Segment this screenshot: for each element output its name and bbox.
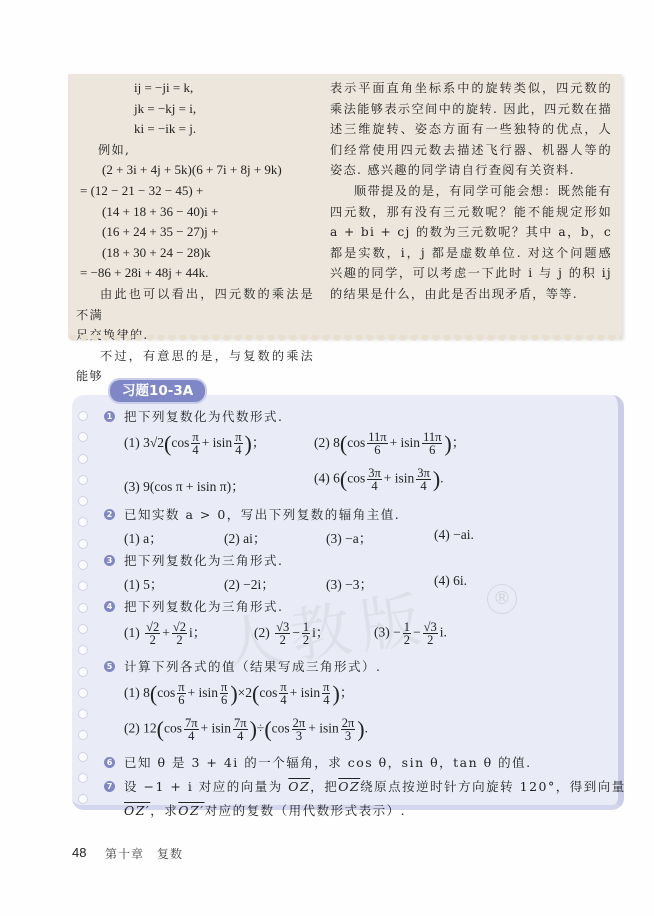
vector-oz-prime: OZ′ (124, 803, 150, 818)
item: (1) a； (124, 527, 163, 547)
item: (2) 12(cos7π4+ isin7π4)÷(cos2π3+ isin2π3… (124, 717, 368, 742)
page-footer: 48 第十章 复数 (72, 845, 86, 860)
ring-icon (78, 624, 88, 634)
item-label: (1) (124, 625, 140, 640)
ring-icon (78, 539, 88, 549)
denominator: 6 (422, 444, 442, 456)
vector-oz: OZ (288, 779, 310, 794)
question-text: 把下列复数化为三角形式. (124, 595, 283, 619)
question-number-badge: 1 (104, 411, 115, 422)
question-number-badge: 7 (104, 781, 115, 792)
item-label: (1) (124, 435, 140, 450)
coef: 12 (143, 721, 157, 736)
question-text: 计算下列各式的值（结果写成三角形式）. (124, 655, 381, 679)
denominator: 3 (292, 730, 307, 742)
item-expr: 9(cos π + isin π)； (143, 479, 245, 494)
question-number-badge: 5 (104, 661, 115, 672)
example-line: = (12 − 21 − 32 − 45) + (76, 181, 314, 202)
question-text: 已知 θ 是 3 + 4i 的一个辐角，求 cos θ，sin θ，tan θ … (124, 751, 532, 775)
denominator: 4 (234, 444, 242, 456)
ring-icon (78, 475, 88, 485)
identity-line: jk = −kj = i, (76, 99, 314, 120)
exercise-content: 1 把下列复数化为代数形式. (1) 3√2(cosπ4+ isinπ4)； (… (104, 405, 614, 823)
operator: − (393, 625, 401, 640)
item: (4) −ai. (434, 527, 474, 543)
denominator: 4 (233, 730, 248, 742)
example-line: = −86 + 28i + 48j + 44k. (76, 263, 314, 284)
page-number: 48 (72, 845, 86, 860)
question-items-row: (1) 8(cosπ6+ isinπ6)×2(cosπ4+ isinπ4)； (104, 679, 614, 715)
operator: − (292, 625, 300, 640)
question-4: 4 把下列复数化为三角形式. (104, 595, 614, 619)
item: (2) ai； (224, 527, 266, 547)
example-line: (14 + 18 + 36 − 40)i + (76, 202, 314, 223)
item: (3) −a； (326, 527, 372, 547)
question-number-badge: 3 (104, 555, 115, 566)
chapter-title: 第十章 复数 (105, 845, 183, 862)
item: (2) √32−12i； (254, 621, 329, 646)
ring-icon (78, 773, 88, 783)
operator: − (413, 625, 421, 640)
denominator: 3 (341, 730, 356, 742)
question-items-row: (3) 9(cos π + isin π)； (4) 6(cos3π4+ isi… (104, 465, 614, 501)
coef: 6 (333, 471, 340, 486)
item-label: (3) (374, 625, 390, 640)
question-items-row: (1) 3√2(cosπ4+ isinπ4)； (2) 8(cos11π6+ i… (104, 429, 614, 465)
item-label: (1) (124, 685, 140, 700)
text: 对应的复数（用代数形式表示）. (205, 803, 406, 818)
denominator: 4 (184, 730, 199, 742)
question-items-row: (2) 12(cos7π4+ isin7π4)÷(cos2π3+ isin2π3… (104, 715, 614, 751)
question-number-badge: 6 (104, 757, 115, 768)
ring-icon (78, 730, 88, 740)
ring-icon (78, 517, 88, 527)
ring-icon (78, 454, 88, 464)
question-text: OZ′，求OZ′对应的复数（用代数形式表示）. (124, 799, 406, 823)
identity-line: ki = −ik = j. (76, 119, 314, 140)
item-label: (3) (124, 479, 140, 494)
denominator: 6 (220, 694, 228, 706)
question-6: 6 已知 θ 是 3 + 4i 的一个辐角，求 cos θ，sin θ，tan … (104, 751, 614, 775)
text: 设 −1 + i 对应的向量为 (124, 779, 283, 794)
scalloped-edge (68, 335, 622, 343)
example-line: (2 + 3i + 4j + 5k)(6 + 7i + 8j + 9k) (76, 160, 314, 181)
text: 绕原点按逆时针方向旋转 120°，得到向量 (360, 779, 626, 794)
ring-icon (78, 688, 88, 698)
ring-icon (78, 496, 88, 506)
item: (1) 5； (124, 573, 163, 593)
item-end: i； (189, 625, 206, 640)
item-end: ； (252, 435, 266, 450)
exercise-tab: 习题10-3A (110, 380, 205, 402)
ring-icon (78, 560, 88, 570)
denominator: 4 (279, 694, 287, 706)
denominator: 4 (416, 480, 431, 492)
coef: 3√2 (143, 435, 164, 450)
example-line: (18 + 30 + 24 − 28)k (76, 243, 314, 264)
item: (2) −2i； (224, 573, 275, 593)
item-end: i； (312, 625, 329, 640)
question-items-row: (1) a； (2) ai； (3) −a； (4) −ai. (104, 527, 614, 549)
denominator: 2 (403, 634, 411, 646)
item-label: (2) (314, 435, 330, 450)
item-label: (2) (254, 625, 270, 640)
item: (1) √22+√22i； (124, 621, 206, 646)
question-text: 把下列复数化为三角形式. (124, 549, 283, 573)
item: (1) 8(cosπ6+ isinπ6)×2(cosπ4+ isinπ4)； (124, 681, 353, 706)
coef: 8 (143, 685, 150, 700)
identity-line: ij = −ji = k, (76, 78, 314, 99)
question-text: 已知实数 a > 0，写出下列复数的辐角主值. (124, 503, 400, 527)
paragraph: 表示平面直角坐标系中的旋转类似，四元数的乘法能够表示空间中的旋转. 因此，四元数… (330, 78, 612, 181)
item-end: . (365, 721, 368, 736)
item-label: (4) (314, 471, 330, 486)
text: ，把 (310, 779, 338, 794)
question-5: 5 计算下列各式的值（结果写成三角形式）. (104, 655, 614, 679)
item: (3) 9(cos π + isin π)； (124, 475, 245, 495)
denominator: 4 (191, 444, 199, 456)
operator: + (162, 625, 170, 640)
question-7: 7 设 −1 + i 对应的向量为 OZ，把OZ绕原点按逆时针方向旋转 120°… (104, 775, 614, 799)
question-number-badge: 4 (104, 601, 115, 612)
denominator: 2 (302, 634, 310, 646)
ring-icon (78, 667, 88, 677)
ring-icon (78, 794, 88, 804)
ring-icon (78, 411, 88, 421)
denominator: 2 (275, 634, 290, 646)
denominator: 2 (423, 634, 438, 646)
item: (3) −3； (326, 573, 373, 593)
item: (1) 3√2(cosπ4+ isinπ4)； (124, 431, 265, 456)
item: (2) 8(cos11π6+ isin11π6)； (314, 431, 465, 456)
denominator: 2 (172, 634, 187, 646)
item-end: . (440, 471, 443, 486)
paragraph: 顺带提及的是，有同学可能会想：既然能有四元数，那有没有三元数呢？能不能规定形如 … (330, 181, 612, 305)
denominator: 4 (322, 694, 330, 706)
vector-oz: OZ (338, 779, 360, 794)
denominator: 4 (367, 480, 382, 492)
example-label: 例如, (76, 140, 314, 161)
text: ，求 (150, 803, 178, 818)
reading-box: ij = −ji = k, jk = −kj = i, ki = −ik = j… (68, 74, 622, 338)
item-end: ； (340, 685, 354, 700)
question-text: 设 −1 + i 对应的向量为 OZ，把OZ绕原点按逆时针方向旋转 120°，得… (124, 775, 626, 799)
question-number-badge: 2 (104, 509, 115, 520)
ring-icon (78, 432, 88, 442)
question-items-row: (1) 5； (2) −2i； (3) −3； (4) 6i. (104, 573, 614, 595)
denominator: 2 (145, 634, 160, 646)
paragraph: 由此也可以看出，四元数的乘法是不满 (76, 284, 314, 325)
question-1: 1 把下列复数化为代数形式. (104, 405, 614, 429)
example-line: (16 + 24 + 35 − 27)j + (76, 222, 314, 243)
question-2: 2 已知实数 a > 0，写出下列复数的辐角主值. (104, 503, 614, 527)
ring-icon (78, 645, 88, 655)
ring-icon (78, 709, 88, 719)
item-end: i. (440, 625, 447, 640)
reading-right-column: 表示平面直角坐标系中的旋转类似，四元数的乘法能够表示空间中的旋转. 因此，四元数… (330, 78, 612, 305)
question-text: 把下列复数化为代数形式. (124, 405, 283, 429)
denominator: 6 (367, 444, 387, 456)
ring-icon (78, 752, 88, 762)
item: (3) −12−√32i. (374, 621, 447, 646)
coef: 8 (333, 435, 340, 450)
item: (4) 6(cos3π4+ isin3π4). (314, 467, 444, 492)
question-7-line2: OZ′，求OZ′对应的复数（用代数形式表示）. (104, 799, 614, 823)
question-items-row: (1) √22+√22i； (2) √32−12i； (3) −12−√32i. (104, 619, 614, 655)
ring-icon (78, 581, 88, 591)
item-end: ； (452, 435, 466, 450)
vector-oz-prime: OZ′ (178, 803, 204, 818)
denominator: 6 (177, 694, 185, 706)
item: (4) 6i. (434, 573, 467, 589)
item-label: (2) (124, 721, 140, 736)
question-3: 3 把下列复数化为三角形式. (104, 549, 614, 573)
binder-rings (78, 411, 90, 816)
ring-icon (78, 603, 88, 613)
